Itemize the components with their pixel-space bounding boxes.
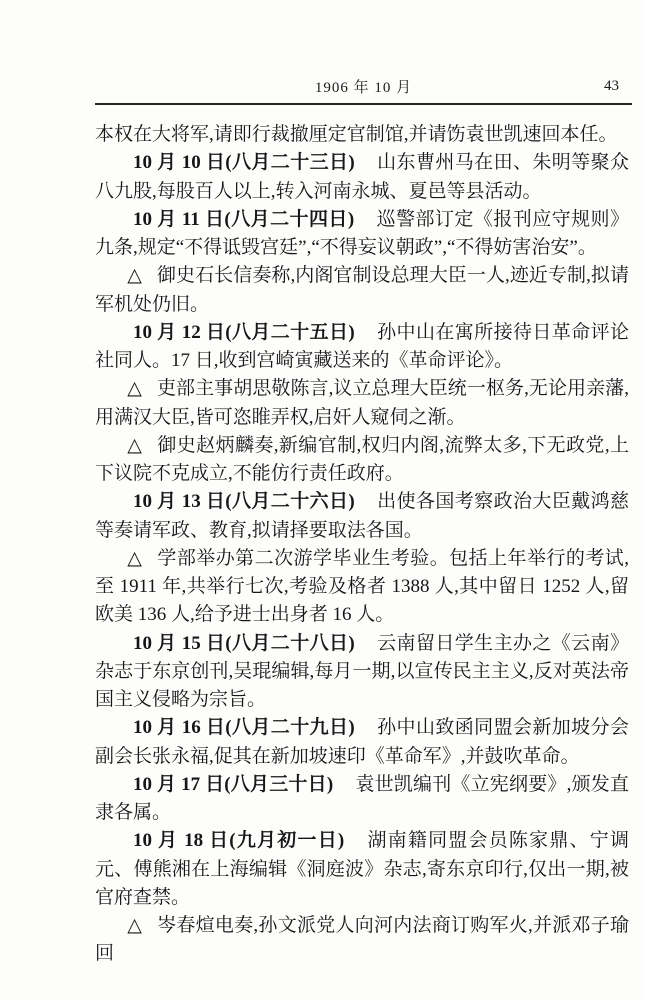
triangle-marker-icon: △ xyxy=(127,548,142,569)
entry-date-label: 10 月 10 日(八月二十三日) xyxy=(133,152,355,173)
header-rule xyxy=(95,103,632,105)
paragraph-text: 吏部主事胡思敬陈言,议立总理大臣统一枢务,无论用亲藩,用满汉大臣,皆可恣睢弄权,… xyxy=(95,378,629,427)
paragraph-continuation: 本权在大将军,请即行裁撤厘定官制馆,并请饬袁世凯速回本任。 xyxy=(95,121,629,149)
paragraph-sub-entry: △吏部主事胡思敬陈言,议立总理大臣统一枢务,无论用亲藩,用满汉大臣,皆可恣睢弄权… xyxy=(95,375,629,432)
paragraph-text: 御史赵炳麟奏,新编官制,权归内阁,流弊太多,下无政党,上下议院不克成立,不能仿行… xyxy=(95,435,629,484)
paragraph-entry: 10 月 13 日(八月二十六日)出使各国考察政治大臣戴鸿慈等奏请军政、教育,拟… xyxy=(95,488,629,545)
entry-date-label: 10 月 17 日(八月三十日) xyxy=(133,774,333,795)
paragraph-entry: 10 月 18 日(九月初一日)湖南籍同盟会员陈家鼎、宁调元、傅熊湘在上海编辑《… xyxy=(95,827,629,912)
paragraph-entry: 10 月 10 日(八月二十三日)山东曹州马在田、朱明等聚众八九股,每股百人以上… xyxy=(95,149,629,206)
running-head-title: 1906 年 10 月 xyxy=(95,76,632,97)
triangle-marker-icon: △ xyxy=(127,915,142,936)
paragraph-text: 岑春煊电奏,孙文派党人向河内法商订购军火,并派邓子瑜回 xyxy=(95,915,629,964)
paragraph-text: 本权在大将军,请即行裁撤厘定官制馆,并请饬袁世凯速回本任。 xyxy=(95,124,618,145)
paragraph-entry: 10 月 12 日(八月二十五日)孙中山在寓所接待日革命评论社同人。17 日,收… xyxy=(95,319,629,376)
entry-date-label: 10 月 18 日(九月初一日) xyxy=(133,830,344,851)
entry-date-label: 10 月 11 日(八月二十四日) xyxy=(133,209,354,230)
triangle-marker-icon: △ xyxy=(127,265,142,286)
entry-date-label: 10 月 16 日(八月二十九日) xyxy=(133,717,355,738)
paragraph-sub-entry: △学部举办第二次游学毕业生考验。包括上年举行的考试,至 1911 年,共举行七次… xyxy=(95,545,629,630)
body-text: 本权在大将军,请即行裁撤厘定官制馆,并请饬袁世凯速回本任。 10 月 10 日(… xyxy=(95,121,629,969)
paragraph-sub-entry: △岑春煊电奏,孙文派党人向河内法商订购军火,并派邓子瑜回 xyxy=(95,912,629,969)
triangle-marker-icon: △ xyxy=(127,378,142,399)
paragraph-entry: 10 月 16 日(八月二十九日)孙中山致函同盟会新加坡分会副会长张永福,促其在… xyxy=(95,714,629,771)
triangle-marker-icon: △ xyxy=(127,435,142,456)
entry-date-label: 10 月 12 日(八月二十五日) xyxy=(133,322,355,343)
page-number: 43 xyxy=(604,78,619,95)
paragraph-sub-entry: △御史石长信奏称,内阁官制设总理大臣一人,迹近专制,拟请军机处仍旧。 xyxy=(95,262,629,319)
entry-date-label: 10 月 13 日(八月二十六日) xyxy=(133,491,355,512)
paragraph-text: 学部举办第二次游学毕业生考验。包括上年举行的考试,至 1911 年,共举行七次,… xyxy=(95,548,629,626)
paragraph-entry: 10 月 15 日(八月二十八日)云南留日学生主办之《云南》杂志于东京创刊,吴琨… xyxy=(95,630,629,715)
entry-date-label: 10 月 15 日(八月二十八日) xyxy=(133,633,355,654)
paragraph-entry: 10 月 11 日(八月二十四日)巡警部订定《报刊应守规则》九条,规定“不得诋毁… xyxy=(95,206,629,263)
paragraph-text: 御史石长信奏称,内阁官制设总理大臣一人,迹近专制,拟请军机处仍旧。 xyxy=(95,265,629,314)
scanned-book-page: 1906 年 10 月 43 本权在大将军,请即行裁撤厘定官制馆,并请饬袁世凯速… xyxy=(0,0,646,1000)
paragraph-entry: 10 月 17 日(八月三十日)袁世凯编刊《立宪纲要》,颁发直隶各属。 xyxy=(95,771,629,828)
paragraph-sub-entry: △御史赵炳麟奏,新编官制,权归内阁,流弊太多,下无政党,上下议院不克成立,不能仿… xyxy=(95,432,629,489)
